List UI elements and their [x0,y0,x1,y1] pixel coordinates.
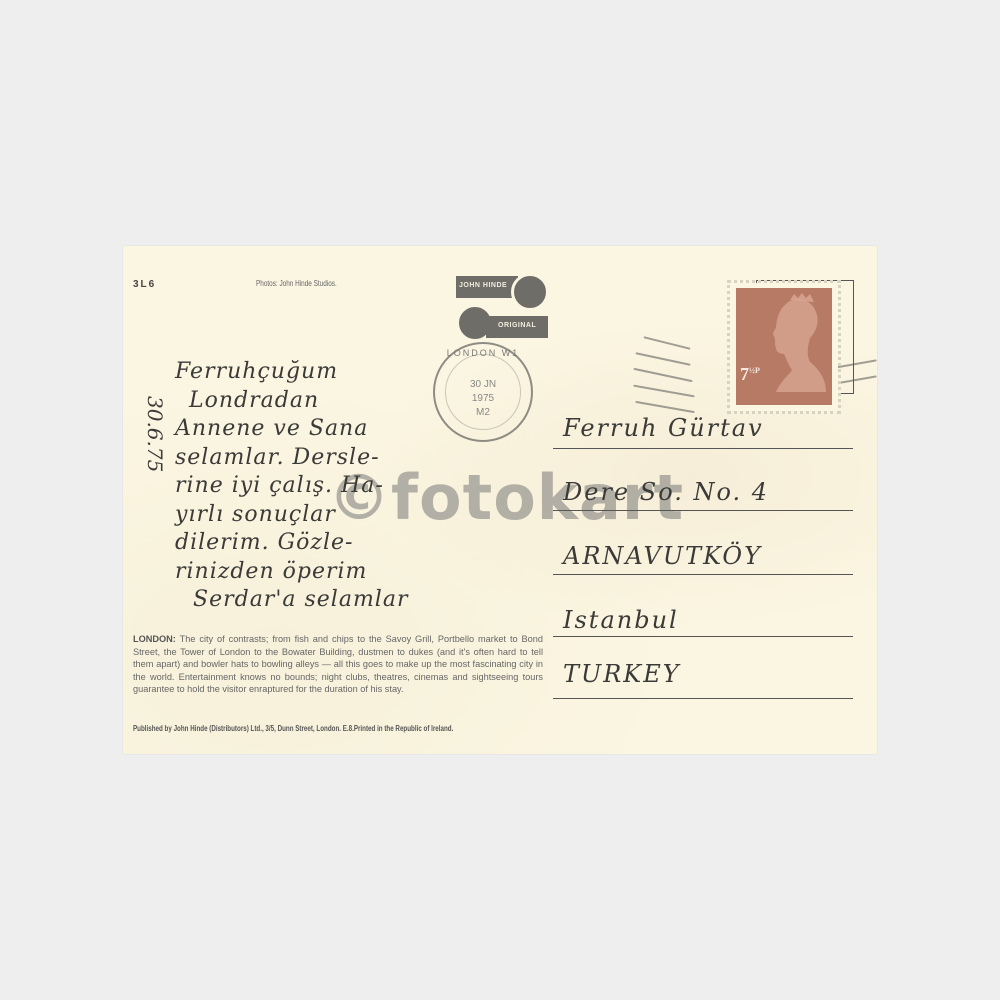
address-name: Ferruh Gürtav [563,414,764,442]
postcard-back: 3L6 Photos: John Hinde Studios. JOHN HIN… [123,246,877,754]
side-date-note: 30.6.75 [143,396,167,472]
logo-text-top: JOHN HINDE [459,282,507,289]
handwritten-message: Ferruhçuğum Londradan Annene ve Sana sel… [175,358,555,615]
john-hinde-logo: JOHN HINDE ORIGINAL [456,276,548,340]
message-line: rine iyi çalış. Ha- [175,472,555,501]
stamp-value: 7½P [740,364,760,385]
description-body: The city of contrasts; from fish and chi… [133,634,543,694]
message-line: Serdar'a selamlar [175,586,555,615]
queen-profile-icon [736,288,832,405]
description-heading: LONDON: [133,634,176,644]
message-line: dilerim. Gözle- [175,529,555,558]
address-street: Dere So. No. 4 [563,478,769,506]
publisher-line: Published by John Hinde (Distributors) L… [133,724,539,733]
card-description: LONDON: The city of contrasts; from fish… [133,633,543,696]
message-line: Ferruhçuğum [175,358,555,387]
message-line: yırlı sonuçlar [175,501,555,530]
address-district: ARNAVUTKÖY [563,542,762,570]
message-line: rinizden öperim [175,558,555,587]
photo-credit: Photos: John Hinde Studios. [256,279,337,288]
message-line: Londradan [175,387,555,416]
address-country: TURKEY [563,660,681,688]
card-code: 3L6 [133,279,156,290]
logo-text-bottom: ORIGINAL [498,322,536,329]
message-line: selamlar. Dersle- [175,444,555,473]
postmark-city: LONDON W1 [435,348,531,358]
message-line: Annene ve Sana [175,415,555,444]
address-city: Istanbul [563,606,679,634]
postage-stamp: 7½P [730,283,838,411]
